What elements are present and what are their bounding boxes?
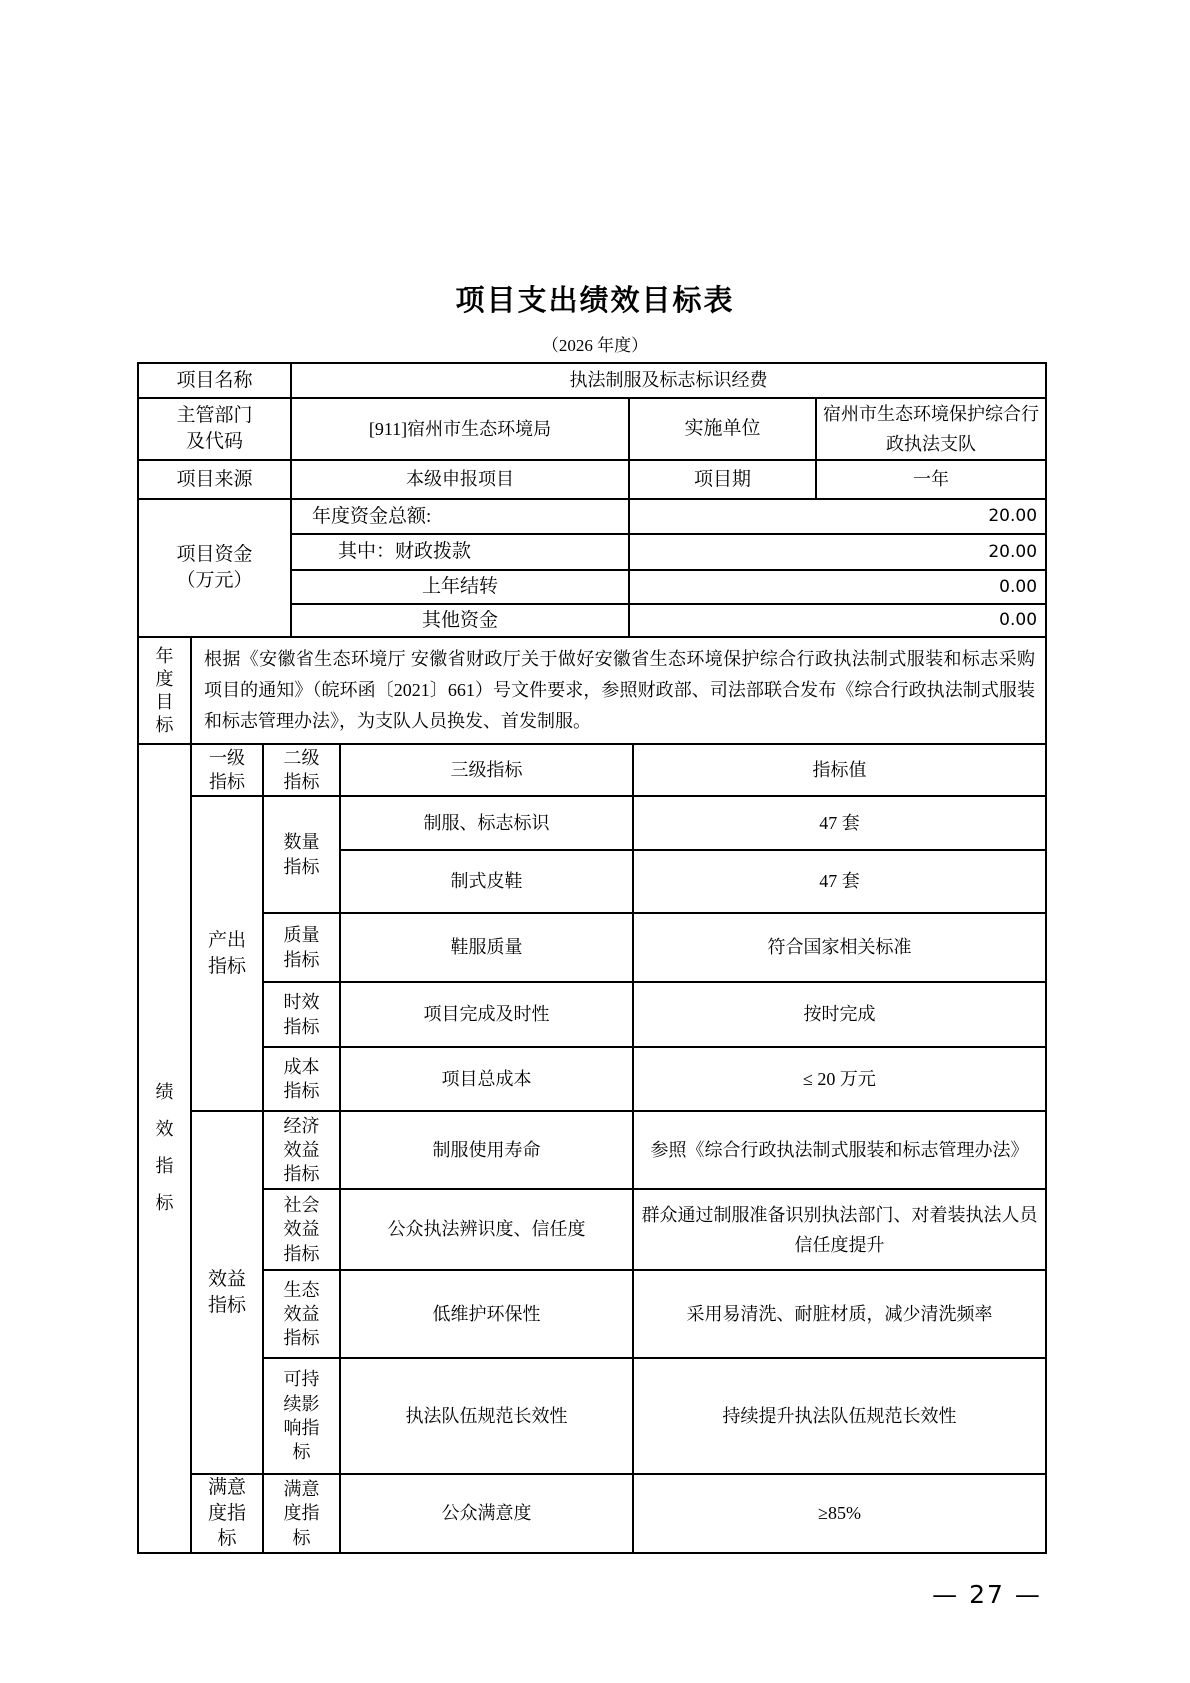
source-label: 项目来源 [139, 460, 291, 499]
dept-label: 主管部门 及代码 [139, 398, 291, 460]
indicator-row: 社会 效益 指标 公众执法辨识度、信任度 群众通过制服准备识别执法部门、对着装执… [139, 1189, 1045, 1270]
indicator-header-row: 绩 效 指 标 一级 指标 二级 指标 三级指标 指标值 [139, 745, 1045, 796]
level2-cell: 可持 续影 响指 标 [263, 1358, 340, 1474]
indicators-table: 绩 效 指 标 一级 指标 二级 指标 三级指标 指标值 产出 指标 数量 指标… [139, 745, 1045, 1552]
level1-cell: 产出 指标 [191, 796, 263, 1111]
level2-cell: 时效 指标 [263, 982, 340, 1047]
table-row: 项目来源 本级申报项目 项目期 一年 [139, 460, 1045, 499]
annual-goal-label: 年 度 目 标 [139, 638, 191, 744]
indicator-value-cell: ≥85% [633, 1474, 1045, 1552]
level3-cell: 执法队伍规范长效性 [340, 1358, 633, 1474]
level2-cell: 满意 度指 标 [263, 1474, 340, 1552]
indicator-value-cell: 群众通过制服准备识别执法部门、对着装执法人员信任度提升 [633, 1189, 1045, 1270]
indicator-row: 成本 指标 项目总成本 ≤ 20 万元 [139, 1047, 1045, 1111]
project-name-value: 执法制服及标志标识经费 [291, 364, 1045, 398]
indicator-value-cell: 符合国家相关标准 [633, 913, 1045, 982]
table-row: 主管部门 及代码 [911]宿州市生态环境局 实施单位 宿州市生态环境保护综合行… [139, 398, 1045, 460]
indicator-value-cell: 47 套 [633, 796, 1045, 850]
level3-cell: 制服、标志标识 [340, 796, 633, 850]
level3-cell: 项目完成及时性 [340, 982, 633, 1047]
level3-cell: 制式皮鞋 [340, 850, 633, 913]
indicator-value-cell: ≤ 20 万元 [633, 1047, 1045, 1111]
table-row: 项目资金 （万元） 年度资金总额: 20.00 [139, 499, 1045, 534]
header-value: 指标值 [633, 745, 1045, 796]
funds-fiscal-value: 20.00 [629, 534, 1045, 570]
level2-cell: 社会 效益 指标 [263, 1189, 340, 1270]
header-level1: 一级 指标 [191, 745, 263, 796]
impl-unit-label: 实施单位 [629, 398, 816, 460]
level3-cell: 鞋服质量 [340, 913, 633, 982]
table-row: 项目名称 执法制服及标志标识经费 [139, 364, 1045, 398]
indicator-value-cell: 持续提升执法队伍规范长效性 [633, 1358, 1045, 1474]
indicator-value-cell: 按时完成 [633, 982, 1045, 1047]
level3-cell: 公众执法辨识度、信任度 [340, 1189, 633, 1270]
page-subtitle: （2026 年度） [0, 331, 1190, 356]
indicator-row: 可持 续影 响指 标 执法队伍规范长效性 持续提升执法队伍规范长效性 [139, 1358, 1045, 1474]
project-name-label: 项目名称 [139, 364, 291, 398]
indicator-row: 质量 指标 鞋服质量 符合国家相关标准 [139, 913, 1045, 982]
level3-cell: 项目总成本 [340, 1047, 633, 1111]
source-value: 本级申报项目 [291, 460, 629, 499]
funds-label: 项目资金 （万元） [139, 499, 291, 637]
funds-other-label: 其他资金 [291, 604, 629, 637]
indicators-side-label: 绩 效 指 标 [139, 745, 191, 1552]
table-row: 年 度 目 标 根据《安徽省生态环境厅 安徽省财政厅关于做好安徽省生态环境保护综… [139, 638, 1045, 744]
page-title: 项目支出绩效目标表 [0, 278, 1190, 319]
period-label: 项目期 [629, 460, 816, 499]
level2-cell: 经济 效益 指标 [263, 1111, 340, 1189]
document-page: 项目支出绩效目标表 （2026 年度） 项目名称 执法制服及标志标识经费 主管部… [0, 0, 1190, 1683]
header-level2: 二级 指标 [263, 745, 340, 796]
funds-other-value: 0.00 [629, 604, 1045, 637]
level1-cell: 满意 度指 标 [191, 1474, 263, 1552]
level2-cell: 数量 指标 [263, 796, 340, 913]
annual-goal-table: 年 度 目 标 根据《安徽省生态环境厅 安徽省财政厅关于做好安徽省生态环境保护综… [139, 638, 1045, 745]
funds-carryover-label: 上年结转 [291, 570, 629, 604]
funds-carryover-value: 0.00 [629, 570, 1045, 604]
header-level3: 三级指标 [340, 745, 633, 796]
level3-cell: 公众满意度 [340, 1474, 633, 1552]
level2-cell: 成本 指标 [263, 1047, 340, 1111]
level1-cell: 效益 指标 [191, 1111, 263, 1474]
level3-cell: 低维护环保性 [340, 1270, 633, 1358]
dept-value: [911]宿州市生态环境局 [291, 398, 629, 460]
level2-cell: 质量 指标 [263, 913, 340, 982]
indicator-row: 满意 度指 标 满意 度指 标 公众满意度 ≥85% [139, 1474, 1045, 1552]
impl-unit-value: 宿州市生态环境保护综合行政执法支队 [816, 398, 1045, 460]
level3-cell: 制服使用寿命 [340, 1111, 633, 1189]
funds-total-label: 年度资金总额: [291, 499, 629, 534]
indicator-row: 产出 指标 数量 指标 制服、标志标识 47 套 [139, 796, 1045, 850]
indicator-value-cell: 参照《综合行政执法制式服装和标志管理办法》 [633, 1111, 1045, 1189]
indicator-value-cell: 47 套 [633, 850, 1045, 913]
level2-cell: 生态 效益 指标 [263, 1270, 340, 1358]
funds-fiscal-label: 其中：财政拨款 [291, 534, 629, 570]
annual-goal-text: 根据《安徽省生态环境厅 安徽省财政厅关于做好安徽省生态环境保护综合行政执法制式服… [191, 638, 1045, 744]
project-info-table: 项目名称 执法制服及标志标识经费 主管部门 及代码 [911]宿州市生态环境局 … [139, 364, 1045, 638]
page-number: — 27 — [930, 1580, 1044, 1609]
funds-total-value: 20.00 [629, 499, 1045, 534]
period-value: 一年 [816, 460, 1045, 499]
performance-target-table: 项目名称 执法制服及标志标识经费 主管部门 及代码 [911]宿州市生态环境局 … [137, 362, 1047, 1554]
indicator-value-cell: 采用易清洗、耐脏材质，减少清洗频率 [633, 1270, 1045, 1358]
indicator-row: 效益 指标 经济 效益 指标 制服使用寿命 参照《综合行政执法制式服装和标志管理… [139, 1111, 1045, 1189]
indicator-row: 生态 效益 指标 低维护环保性 采用易清洗、耐脏材质，减少清洗频率 [139, 1270, 1045, 1358]
indicator-row: 时效 指标 项目完成及时性 按时完成 [139, 982, 1045, 1047]
